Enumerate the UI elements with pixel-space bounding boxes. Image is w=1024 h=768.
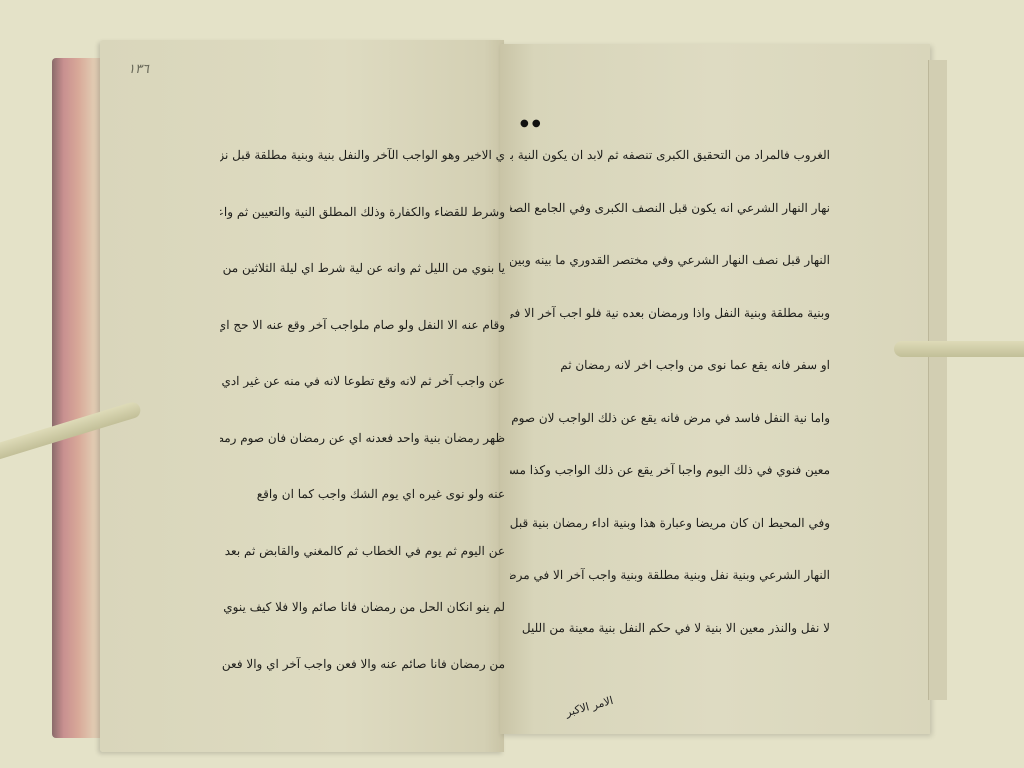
- right-page-stack-edge: [928, 60, 947, 700]
- manuscript-line: النهار الشرعي وبنية نفل وبنية مطلقة وبني…: [510, 568, 830, 582]
- manuscript-line: او سفر فانه يقع عما نوى من واجب اخر لانه…: [510, 358, 830, 372]
- right-holding-rod: [894, 341, 1024, 357]
- manuscript-line: النهار قبل نصف النهار الشرعي وفي مختصر ا…: [510, 253, 830, 267]
- manuscript-line: ظهر رمضان بنية واحد فعدنه اي عن رمضان فا…: [220, 431, 505, 445]
- manuscript-line: واما نية النفل فاسد في مرض فانه يقع عن ذ…: [510, 411, 830, 425]
- manuscript-line: يا بنوي من الليل ثم وانه عن لية شرط اي ل…: [220, 261, 505, 275]
- manuscript-line: وفي المحيط ان كان مريضا وعبارة هذا وبنية…: [510, 516, 830, 530]
- manuscript-line: ي الاخير وهو الواجب الآخر والنفل بنية وب…: [220, 148, 505, 162]
- ink-dots: ● ●: [520, 118, 541, 129]
- left-page: [100, 40, 504, 752]
- manuscript-line: عنه ولو نوى غيره اي يوم الشك واجب كما ان…: [220, 487, 505, 501]
- manuscript-line: وبنية مطلقة وبنية النفل واذا ورمضان بعده…: [510, 306, 830, 320]
- manuscript-line: نهار النهار الشرعي انه يكون قبل النصف ال…: [510, 201, 830, 215]
- manuscript-line: الغروب فالمراد من التحقيق الكبرى تنصفه ث…: [510, 148, 830, 162]
- folio-number: ١٣٦: [128, 62, 149, 77]
- manuscript-line: من رمضان فانا صائم عنه والا فعن واجب آخر…: [220, 657, 505, 671]
- manuscript-line: معين فنوي في ذلك اليوم واجبا آخر يقع عن …: [510, 463, 830, 477]
- manuscript-line: وشرط للقضاء والكفارة وذلك المطلق النية و…: [220, 205, 505, 219]
- manuscript-line: عن واجب آخر ثم لانه وقع تطوعا لانه في من…: [220, 374, 505, 388]
- manuscript-line: عن اليوم ثم يوم في الخطاب ثم كالمغني وال…: [220, 544, 505, 558]
- manuscript-line: لم ينو انكان الحل من رمضان فانا صائم وال…: [220, 600, 505, 614]
- manuscript-line: لا نفل والنذر معين الا بنية لا في حكم ال…: [510, 621, 830, 635]
- manuscript-line: وقام عنه الا النفل ولو صام ملواجب آخر وق…: [220, 318, 505, 332]
